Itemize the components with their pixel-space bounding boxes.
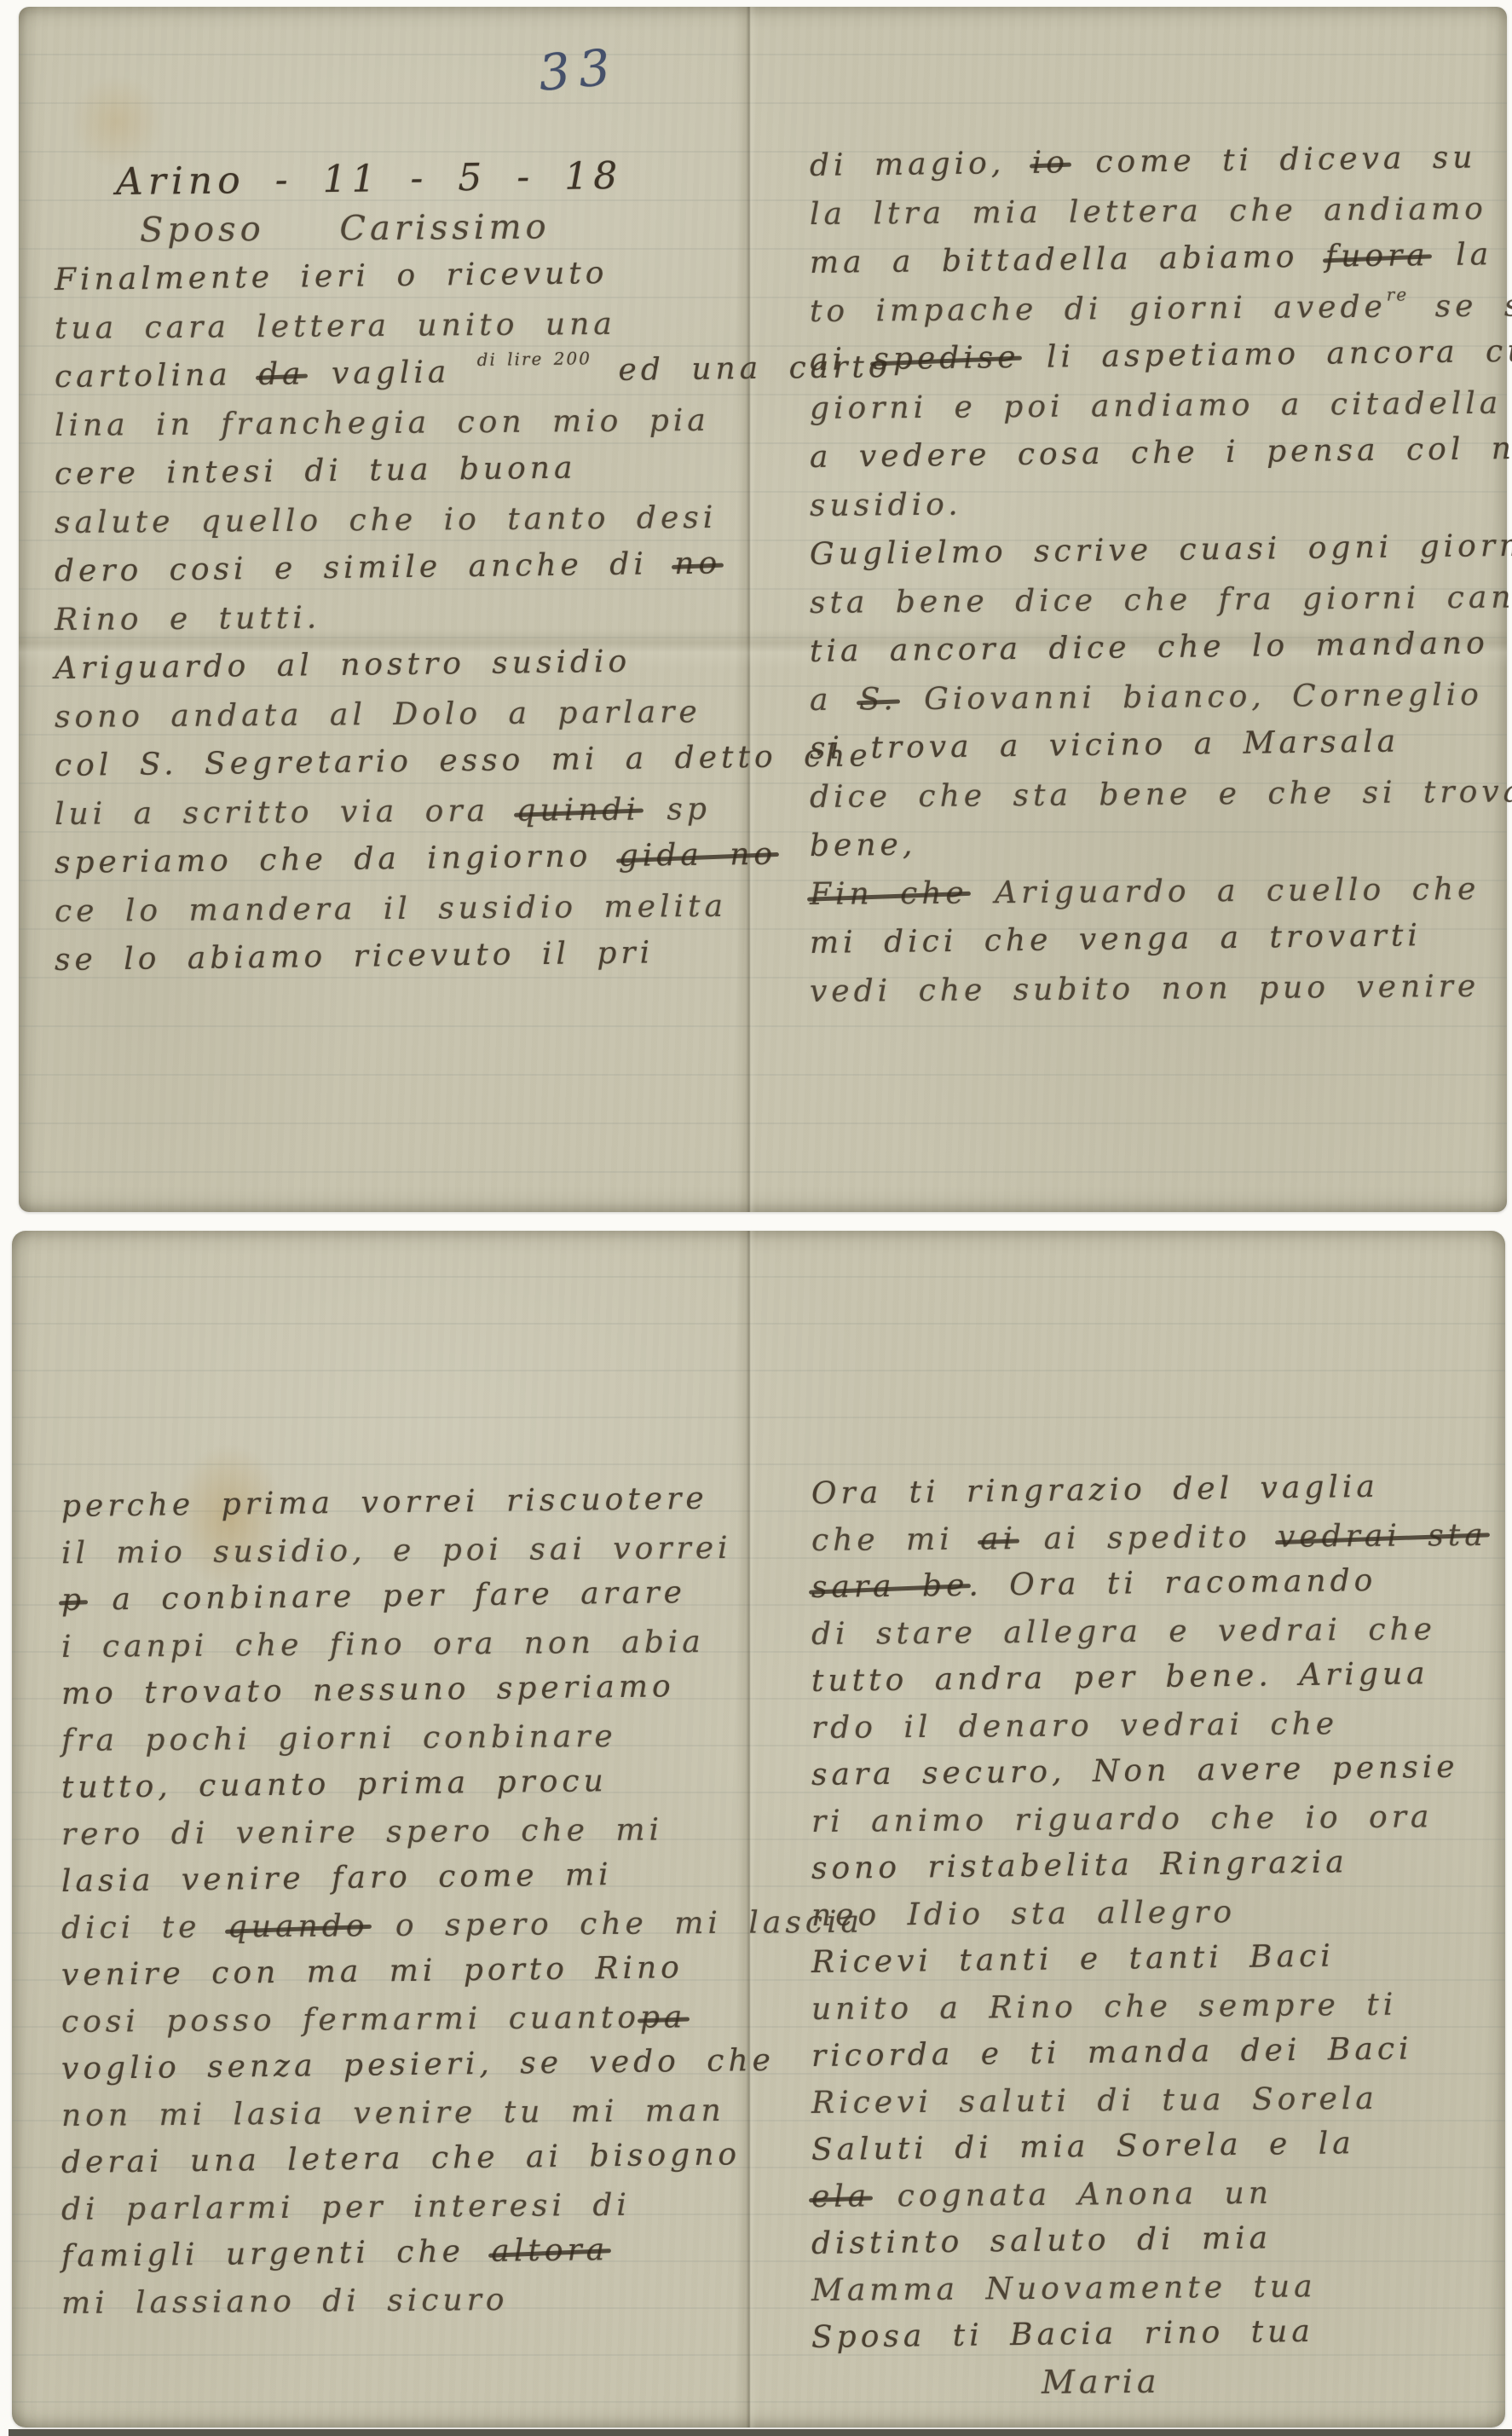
handwritten-line: voglio senza pesieri, se vedo che <box>61 2037 744 2093</box>
handwritten-line: tutto, cuanto prima procu <box>61 1756 744 1811</box>
letter-sheet-bottom: perche prima vorrei riscuotereil mio sus… <box>12 1231 1505 2427</box>
handwritten-line: venire con ma mi porto Rino <box>61 1943 744 1999</box>
signature: Maria <box>811 2356 1485 2408</box>
struck-out-word: p <box>61 1583 86 1618</box>
handwritten-line: sono andata al Dolo a parlare <box>55 688 736 742</box>
handwritten-line: susidio. <box>810 476 1483 530</box>
handwritten-line: tua cara lettera unito una <box>55 299 736 353</box>
handwritten-line: sara be. Ora ti racomando <box>811 1556 1486 1611</box>
handwritten-line: salute quello che io tanto desi <box>55 494 736 547</box>
page-2-body: di magio, io come ti diceva sula ltra mi… <box>810 141 1483 1016</box>
handwritten-line: di magio, io come ti diceva su <box>810 133 1484 190</box>
struck-out-word: io <box>1031 145 1069 181</box>
handwritten-line: perche prima vorrei riscuotere <box>61 1475 744 1530</box>
handwritten-line: se lo abiamo ricevuto il pri <box>55 927 737 984</box>
handwritten-line: ai spedise li aspetiamo ancora culche <box>810 327 1484 384</box>
letter-page-3: perche prima vorrei riscuotereil mio sus… <box>61 1483 743 2327</box>
struck-out-word: S. <box>859 682 897 717</box>
scan-edge-shadow <box>9 2429 1512 2436</box>
struck-out-word: ela <box>811 2179 871 2214</box>
struck-out-word: sara be <box>811 1568 969 1605</box>
handwritten-line: speriamo che da ingiorno gida no <box>55 830 737 887</box>
struck-out-word: vedrai sta <box>1278 1518 1487 1555</box>
letter-page-1: Arino - 11 - 5 - 18 Sposo Carissimo Fina… <box>55 159 736 984</box>
handwritten-line: Ariguardo al nostro susidio <box>55 636 737 693</box>
handwritten-line: cere intesi di tua buona <box>55 442 737 499</box>
struck-out-word: quando <box>228 1908 369 1944</box>
page-3-body: perche prima vorrei riscuotereil mio sus… <box>61 1483 743 2327</box>
salutation: Sposo Carissimo <box>55 202 736 256</box>
paper-stain <box>70 75 164 169</box>
struck-out-word: ai <box>980 1521 1017 1556</box>
handwritten-line: vedi che subito non puo venire <box>810 962 1483 1016</box>
handwritten-line: sta bene dice che fra giorni canti <box>810 574 1483 627</box>
page-4-body: Ora ti ringrazio del vagliache mi ai ai … <box>811 1470 1485 2361</box>
superscript-insertion: re <box>1387 284 1409 304</box>
handwritten-line: sara securo, Non avere pensie <box>811 1743 1486 1798</box>
handwritten-line: tia ancora dice che lo mandano <box>810 619 1484 676</box>
handwritten-line: mi dici che venga a trovarti <box>810 910 1484 967</box>
handwritten-line: Sposa ti Bacia rino tua <box>811 2306 1486 2361</box>
handwritten-line: ricorda e ti manda dei Baci <box>811 2024 1486 2080</box>
letter-page-4: Ora ti ringrazio del vagliache mi ai ai … <box>811 1470 1485 2408</box>
handwritten-line: Ricevi tanti e tanti Baci <box>811 1931 1486 1986</box>
handwritten-line: a vedere cosa che i pensa col nostro <box>810 424 1484 482</box>
handwritten-line: lina in franchegia con mio pia <box>55 396 736 450</box>
handwritten-line: bene, <box>810 813 1484 870</box>
struck-out-word: gida no <box>618 837 776 874</box>
struck-out-word: Fin che <box>810 876 968 912</box>
letter-page-2: di magio, io come ti diceva sula ltra mi… <box>810 141 1483 1016</box>
handwritten-line: lui a scritto via ora quindi sp <box>55 785 736 839</box>
handwritten-line: lasia venire faro come mi <box>61 1850 744 1905</box>
handwritten-line: to impache di giorni avedere se si decid… <box>810 282 1483 336</box>
center-fold-crease <box>736 7 762 1212</box>
handwritten-line: derai una letera che ai bisogno <box>61 2131 744 2186</box>
scanned-letter-image: 33 Arino - 11 - 5 - 18 Sposo Carissimo F… <box>0 0 1512 2436</box>
struck-out-word: altora <box>491 2232 609 2269</box>
handwritten-line: dero cosi e simile anche di no <box>55 539 737 596</box>
handwritten-line: Finalmente ieri o ricevuto <box>55 247 737 304</box>
struck-out-word: fuora <box>1325 238 1429 274</box>
archive-number-annotation: 33 <box>536 38 620 102</box>
struck-out-word: spedise <box>873 340 1020 377</box>
struck-out-word: quindi <box>516 793 640 828</box>
handwritten-line: famigli urgenti che altora <box>61 2225 744 2280</box>
handwritten-line: a S. Giovanni bianco, Corneglio <box>810 671 1483 724</box>
page-1-body: Finalmente ieri o ricevutotua cara lette… <box>55 256 736 984</box>
struck-out-word: da <box>258 356 305 392</box>
handwritten-line: Saluti di mia Sorela e la <box>811 2118 1486 2173</box>
handwritten-line: p a conbinare per fare arare <box>61 1568 744 1624</box>
handwritten-line: distinto saluto di mia <box>811 2212 1486 2267</box>
handwritten-line: la ltra mia lettera che andiamo <box>810 185 1483 239</box>
handwritten-line: Guglielmo scrive cuasi ogni giorno <box>810 522 1484 579</box>
handwritten-line: cartolina da vaglia di lire 200 ed una c… <box>55 344 737 401</box>
superscript-insertion: di lire 200 <box>476 348 592 370</box>
handwritten-line: Rino e tutti. <box>55 591 736 644</box>
handwritten-line: giorni e poi andiamo a citadella <box>810 379 1483 433</box>
handwritten-line: col S. Segretario esso mi a detto che <box>55 733 737 790</box>
struck-out-word: no <box>674 546 721 581</box>
handwritten-line: sono ristabelita Ringrazia <box>811 1837 1486 1892</box>
handwritten-line: mo trovato nessuno speriamo <box>61 1662 744 1717</box>
handwritten-line: Fin che Ariguardo a cuello che <box>810 865 1483 919</box>
letter-sheet-top: 33 Arino - 11 - 5 - 18 Sposo Carissimo F… <box>19 7 1507 1212</box>
struck-out-word: pa <box>640 2000 687 2035</box>
handwritten-line: ce lo mandera il susidio melita <box>55 882 736 936</box>
handwritten-line: ma a bittadella abiamo fuora la ritarda <box>810 230 1484 287</box>
handwritten-line: si trova a vicino a Marsala <box>810 716 1484 773</box>
handwritten-line: tutto andra per bene. Arigua <box>811 1649 1486 1705</box>
handwritten-line: Ora ti ringrazio del vaglia <box>811 1462 1486 1517</box>
handwritten-line: mi lassiano di sicuro <box>61 2275 743 2327</box>
handwritten-line: dice che sta bene e che si trova <box>810 768 1483 822</box>
date-line: Arino - 11 - 5 - 18 <box>55 150 737 207</box>
